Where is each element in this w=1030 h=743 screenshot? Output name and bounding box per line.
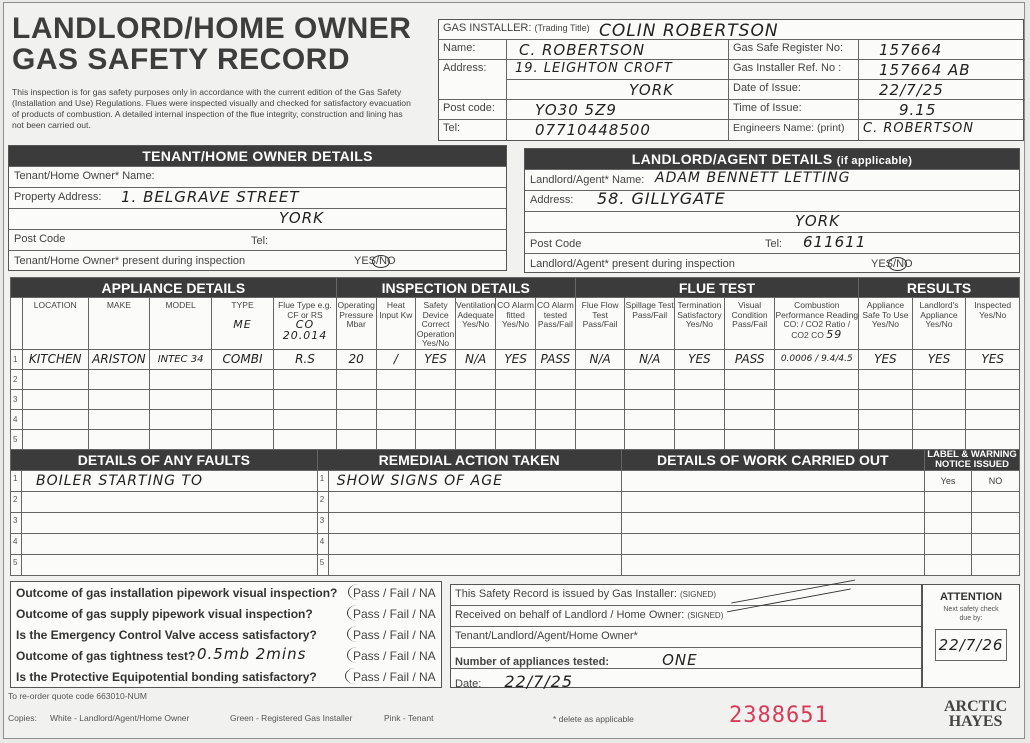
remedial-heading: REMEDIAL ACTION TAKEN bbox=[317, 450, 621, 471]
tenant-details-heading: TENANT/HOME OWNER DETAILS bbox=[9, 146, 506, 166]
property-address-line2[interactable]: YORK bbox=[279, 209, 324, 227]
faults-heading: DETAILS OF ANY FAULTS bbox=[11, 450, 318, 471]
col-ventilation: Ventilation Adequate Yes/No bbox=[456, 298, 496, 350]
label-no[interactable]: NO bbox=[972, 471, 1020, 492]
signoff-section: This Safety Record is issued by Gas Inst… bbox=[450, 584, 922, 688]
appliances-tested-field[interactable]: ONE bbox=[662, 651, 698, 669]
label-warning-heading: LABEL & WARNING NOTICE ISSUED bbox=[925, 450, 1020, 471]
col-co-alarm-fitted: CO Alarm fitted Yes/No bbox=[496, 298, 536, 350]
check-5-pass-fail-na[interactable]: Pass / Fail / NA bbox=[353, 670, 436, 684]
col-safety-device: Safety Device Correct Operation Yes/No bbox=[416, 298, 456, 350]
tightness-note-field[interactable]: 0.5mb 2mins bbox=[197, 645, 306, 663]
gas-installer-section: GAS INSTALLER: (Trading Title) COLIN ROB… bbox=[438, 19, 1024, 141]
trading-title-field[interactable]: COLIN ROBERTSON bbox=[599, 21, 779, 41]
table-row: 2 bbox=[11, 369, 1020, 389]
table-row: 55 bbox=[11, 555, 1020, 576]
appliance-details-heading: APPLIANCE DETAILS bbox=[11, 278, 337, 298]
form-title: LANDLORD/HOME OWNER GAS SAFETY RECORD bbox=[12, 13, 411, 75]
table-row: 4 bbox=[11, 409, 1020, 429]
installer-tel-field[interactable]: 07710448500 bbox=[535, 121, 651, 139]
time-of-issue-field[interactable]: 9.15 bbox=[899, 101, 936, 119]
landlord-tel-field[interactable]: 611611 bbox=[803, 233, 866, 251]
landlord-name-field[interactable]: ADAM BENNETT LETTING bbox=[655, 170, 850, 186]
pass-circled-mark bbox=[345, 668, 365, 684]
work-carried-out-heading: DETAILS OF WORK CARRIED OUT bbox=[621, 450, 925, 471]
attention-box: ATTENTION Next safety check due by: 22/7… bbox=[922, 584, 1020, 688]
pass-circled-mark bbox=[347, 605, 367, 621]
appliance-inspection-table: APPLIANCE DETAILS INSPECTION DETAILS FLU… bbox=[10, 277, 1020, 450]
remedial-field[interactable]: SHOW SIGNS OF AGE bbox=[328, 471, 621, 492]
copies-label: Copies: bbox=[8, 713, 37, 723]
installer-ref-field[interactable]: 157664 AB bbox=[879, 61, 971, 79]
landlord-details-heading: LANDLORD/AGENT DETAILS (if applicable) bbox=[525, 149, 1019, 169]
pipework-checks-section: Outcome of gas installation pipework vis… bbox=[10, 581, 442, 688]
property-address-line1[interactable]: 1. BELGRAVE STREET bbox=[121, 188, 300, 206]
results-heading: RESULTS bbox=[859, 278, 1020, 298]
col-make: MAKE bbox=[88, 298, 150, 350]
brand-logo: ARCTIC HAYES bbox=[944, 699, 1007, 729]
col-safe-to-use: Appliance Safe To Use Yes/No bbox=[859, 298, 913, 350]
landlord-address-line1[interactable]: 58. GILLYGATE bbox=[597, 189, 726, 208]
col-co-alarm-tested: CO Alarm tested Pass/Fail bbox=[535, 298, 575, 350]
col-landlords-appliance: Landlord's Appliance Yes/No bbox=[912, 298, 966, 350]
col-visual-condition: Visual Condition Pass/Fail bbox=[724, 298, 775, 350]
gas-safety-record-form: LANDLORD/HOME OWNER GAS SAFETY RECORD Th… bbox=[3, 2, 1025, 739]
signoff-date-field[interactable]: 22/7/25 bbox=[504, 672, 573, 691]
tenant-details-section: TENANT/HOME OWNER DETAILS Tenant/Home Ow… bbox=[8, 145, 507, 271]
table-row: 3 bbox=[11, 389, 1020, 409]
gas-safe-register-field[interactable]: 157664 bbox=[879, 41, 942, 59]
work-field[interactable] bbox=[621, 471, 925, 492]
copy-pink: Pink - Tenant bbox=[384, 713, 433, 723]
col-operating-pressure: Operating Pressure Mbar bbox=[336, 298, 376, 350]
pass-circled-mark bbox=[347, 626, 367, 642]
inspection-details-heading: INSPECTION DETAILS bbox=[336, 278, 575, 298]
copy-green: Green - Registered Gas Installer bbox=[230, 713, 352, 723]
table-row: 1 BOILER STARTING TO 1 SHOW SIGNS OF AGE… bbox=[11, 471, 1020, 492]
table-row: 5 bbox=[11, 429, 1020, 449]
reorder-code: To re-order quote code 663010-NUM bbox=[8, 691, 147, 701]
col-inspected: Inspected Yes/No bbox=[966, 298, 1020, 350]
installer-postcode-field[interactable]: YO30 5Z9 bbox=[535, 101, 617, 119]
no-circled-mark bbox=[888, 257, 907, 271]
intro-text: This inspection is for gas safety purpos… bbox=[12, 87, 412, 131]
col-flue-type: Flue Type e.g. CF or RSCO 20.014 bbox=[274, 298, 337, 350]
col-type: TYPEME bbox=[211, 298, 273, 350]
installer-address-line1[interactable]: 19. LEIGHTON CROFT bbox=[515, 61, 673, 76]
table-row: 33 bbox=[11, 513, 1020, 534]
no-circled-mark bbox=[372, 255, 390, 268]
col-heat-input: Heat Input Kw bbox=[376, 298, 415, 350]
faults-remedial-work-table: DETAILS OF ANY FAULTS REMEDIAL ACTION TA… bbox=[10, 449, 1020, 576]
table-row: 1 KITCHEN ARISTON INTEC 34 COMBI R.S 20 … bbox=[11, 349, 1020, 369]
landlord-details-section: LANDLORD/AGENT DETAILS (if applicable) L… bbox=[524, 148, 1020, 273]
col-termination: Termination Satisfactory Yes/No bbox=[674, 298, 724, 350]
flue-test-heading: FLUE TEST bbox=[575, 278, 858, 298]
label-yes[interactable]: Yes bbox=[925, 471, 972, 492]
pass-circled-mark bbox=[348, 584, 368, 600]
col-flue-flow: Flue Flow Test Pass/Fail bbox=[575, 298, 625, 350]
delete-note: * delete as applicable bbox=[553, 714, 634, 724]
next-check-due-field[interactable]: 22/7/26 bbox=[935, 629, 1007, 661]
installer-name-field[interactable]: C. ROBERTSON bbox=[519, 41, 645, 59]
col-location: LOCATION bbox=[22, 298, 88, 350]
serial-number: 2388651 bbox=[729, 703, 829, 728]
landlord-address-line2[interactable]: YORK bbox=[795, 212, 840, 230]
table-row: 44 bbox=[11, 534, 1020, 555]
col-combustion: Combustion Performance Reading CO: / CO2… bbox=[775, 298, 859, 350]
col-spillage: Spillage Test Pass/Fail bbox=[625, 298, 675, 350]
pass-circled-mark bbox=[347, 647, 367, 663]
copy-white: White - Landlord/Agent/Home Owner bbox=[50, 713, 189, 723]
date-of-issue-field[interactable]: 22/7/25 bbox=[879, 81, 944, 99]
installer-address-line2[interactable]: YORK bbox=[629, 81, 674, 99]
engineer-name-field[interactable]: C. ROBERTSON bbox=[863, 121, 974, 136]
table-row: 22 bbox=[11, 492, 1020, 513]
col-model: MODEL bbox=[150, 298, 212, 350]
fault-field[interactable]: BOILER STARTING TO bbox=[21, 471, 317, 492]
